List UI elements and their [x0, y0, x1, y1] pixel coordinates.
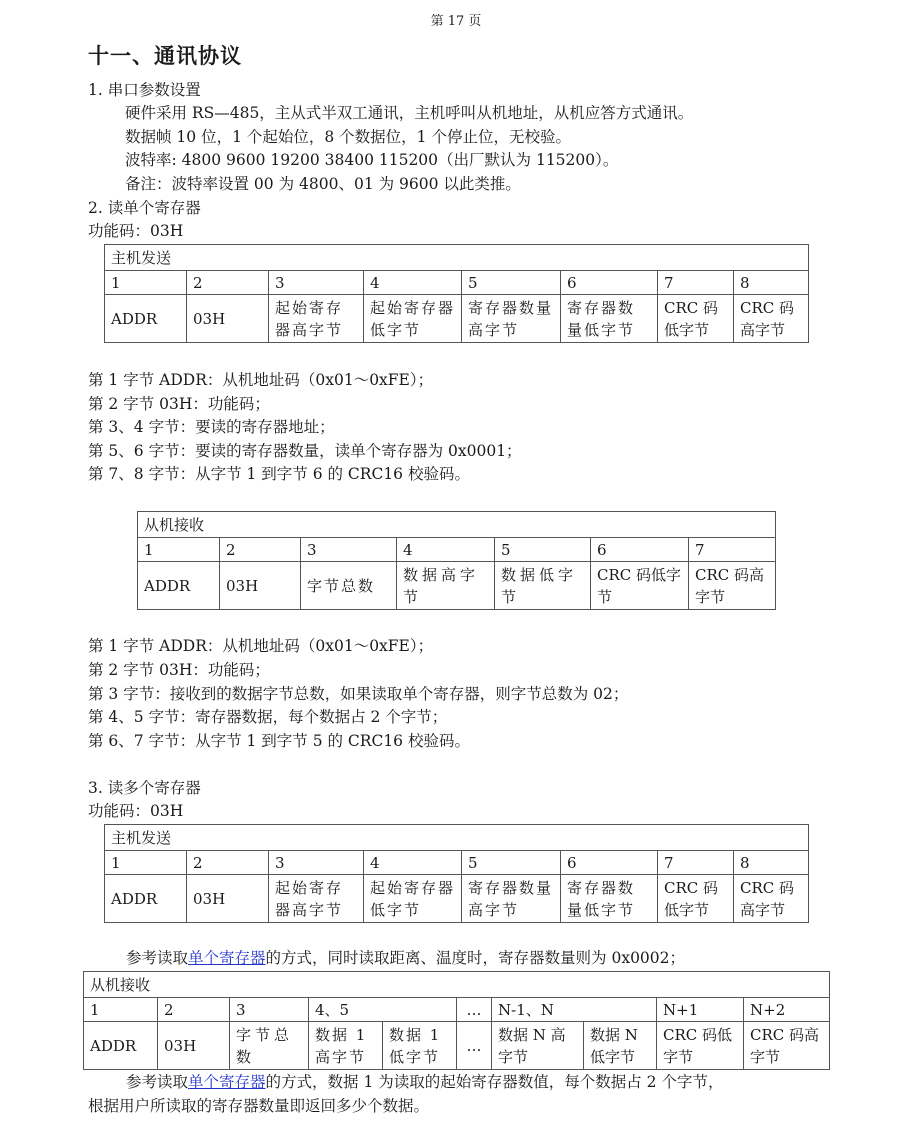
byte-number: 2 — [158, 998, 230, 1022]
master-note: 第 2 字节 03H：功能码； — [88, 393, 270, 417]
note-line: 备注：波特率设置 00 为 4800、01 为 9600 以此类推。 — [125, 173, 521, 197]
byte-desc: CRC 码高字节 — [734, 295, 809, 343]
serial-settings-heading: 1. 串口参数设置 — [88, 79, 201, 103]
byte-number: 5 — [462, 271, 561, 295]
page-number: 第 17 页 — [0, 10, 912, 29]
byte-desc: 起始寄存器低字节 — [364, 295, 462, 343]
byte-desc: ADDR — [105, 295, 187, 343]
ref-prefix: 参考读取 — [126, 1073, 188, 1091]
byte-number: 6 — [561, 851, 658, 875]
slave-note: 第 1 字节 ADDR：从机地址码（0x01～0xFE）； — [88, 635, 433, 659]
byte-number: 1 — [138, 538, 220, 562]
ref-suffix: 的方式，同时读取距离、温度时，寄存器数量则为 0x0002； — [266, 949, 685, 967]
byte-number: 1 — [105, 851, 187, 875]
byte-number: 2 — [187, 851, 269, 875]
byte-desc: CRC 码低字节 — [657, 1022, 744, 1070]
slave-note: 第 2 字节 03H：功能码； — [88, 659, 270, 683]
byte-desc: CRC 码低字节 — [658, 295, 734, 343]
byte-desc: CRC 码高字节 — [734, 875, 809, 923]
table-title: 从机接收 — [84, 972, 830, 998]
single-register-link[interactable]: 单个寄存器 — [188, 949, 266, 967]
byte-number: 4 — [364, 271, 462, 295]
byte-desc: 寄存器数量高字节 — [462, 875, 561, 923]
byte-desc: 寄存器数量低字节 — [561, 875, 658, 923]
slave-receive-table-single: 从机接收 1 2 3 4 5 6 7 ADDR 03H 字节总数 数据高字节 数… — [137, 511, 776, 610]
byte-desc: 寄存器数量高字节 — [462, 295, 561, 343]
byte-number: 4、5 — [309, 998, 457, 1022]
slave-note: 第 6、7 字节：从字节 1 到字节 5 的 CRC16 校验码。 — [88, 730, 470, 754]
byte-number: 8 — [734, 851, 809, 875]
byte-desc: 字节总数 — [230, 1022, 309, 1070]
byte-desc: ADDR — [84, 1022, 158, 1070]
master-note: 第 5、6 字节：要读的寄存器数量，读单个寄存器为 0x0001； — [88, 440, 522, 464]
byte-desc: 03H — [187, 875, 269, 923]
slave-note: 第 4、5 字节：寄存器数据，每个数据占 2 个字节； — [88, 706, 447, 730]
byte-number: 8 — [734, 271, 809, 295]
byte-number: 1 — [84, 998, 158, 1022]
byte-desc: ADDR — [138, 562, 220, 610]
byte-number: 6 — [561, 271, 658, 295]
frame-line: 数据帧 10 位，1 个起始位，8 个数据位，1 个停止位，无校验。 — [125, 126, 571, 150]
byte-desc: 起始寄存器低字节 — [364, 875, 462, 923]
byte-desc: 数据 N 高字节 — [492, 1022, 584, 1070]
byte-number: 3 — [269, 851, 364, 875]
byte-number: 4 — [364, 851, 462, 875]
byte-desc: CRC 码高字节 — [744, 1022, 830, 1070]
byte-desc: 起始寄存器高字节 — [269, 875, 364, 923]
byte-number: 3 — [230, 998, 309, 1022]
byte-number: 1 — [105, 271, 187, 295]
byte-number: 6 — [591, 538, 689, 562]
reference-line-2-cont: 根据用户所读取的寄存器数量即返回多少个数据。 — [88, 1095, 429, 1119]
byte-number: 7 — [658, 851, 734, 875]
byte-number: 7 — [689, 538, 776, 562]
byte-number: 4 — [397, 538, 495, 562]
table-title: 主机发送 — [105, 825, 809, 851]
byte-desc: 数据 1 低字节 — [383, 1022, 457, 1070]
byte-desc: 03H — [187, 295, 269, 343]
byte-number: N+2 — [744, 998, 830, 1022]
byte-desc: 数据 1 高字节 — [309, 1022, 383, 1070]
byte-desc: CRC 码高字节 — [689, 562, 776, 610]
ref-suffix: 的方式，数据 1 为读取的起始寄存器数值，每个数据占 2 个字节， — [266, 1073, 724, 1091]
ellipsis-number: … — [457, 998, 492, 1022]
byte-desc: 数据高字节 — [397, 562, 495, 610]
slave-note: 第 3 字节：接收到的数据字节总数，如果读取单个寄存器，则字节总数为 02； — [88, 683, 628, 707]
byte-desc: 寄存器数量低字节 — [561, 295, 658, 343]
master-note: 第 1 字节 ADDR：从机地址码（0x01～0xFE）； — [88, 369, 433, 393]
section-title: 十一、通讯协议 — [88, 40, 242, 70]
table-title: 从机接收 — [138, 512, 776, 538]
byte-desc: 数据 N 低字节 — [584, 1022, 657, 1070]
byte-desc: CRC 码低字节 — [591, 562, 689, 610]
byte-number: 5 — [495, 538, 591, 562]
reference-line-1: 参考读取单个寄存器的方式，同时读取距离、温度时，寄存器数量则为 0x0002； — [126, 947, 685, 971]
byte-desc: 03H — [158, 1022, 230, 1070]
byte-number: N-1、N — [492, 998, 657, 1022]
byte-desc: 字节总数 — [301, 562, 397, 610]
byte-desc: 03H — [220, 562, 301, 610]
baud-line: 波特率: 4800 9600 19200 38400 115200（出厂默认为 … — [125, 149, 618, 173]
byte-number: 3 — [301, 538, 397, 562]
hardware-line: 硬件采用 RS—485，主从式半双工通讯，主机呼叫从机地址，从机应答方式通讯。 — [125, 102, 693, 126]
master-note: 第 3、4 字节：要读的寄存器地址； — [88, 416, 335, 440]
byte-number: 7 — [658, 271, 734, 295]
byte-desc: 数据低字节 — [495, 562, 591, 610]
read-single-heading: 2. 读单个寄存器 — [88, 197, 201, 221]
master-note: 第 7、8 字节：从字节 1 到字节 6 的 CRC16 校验码。 — [88, 463, 470, 487]
reference-line-2: 参考读取单个寄存器的方式，数据 1 为读取的起始寄存器数值，每个数据占 2 个字… — [126, 1071, 723, 1095]
byte-number: N+1 — [657, 998, 744, 1022]
ellipsis-desc: … — [457, 1022, 492, 1070]
byte-desc: 起始寄存器高字节 — [269, 295, 364, 343]
read-multi-heading: 3. 读多个寄存器 — [88, 777, 201, 801]
byte-number: 3 — [269, 271, 364, 295]
ref-prefix: 参考读取 — [126, 949, 188, 967]
byte-number: 2 — [187, 271, 269, 295]
func-code-label: 功能码：03H — [88, 220, 183, 244]
func-code-label: 功能码：03H — [88, 800, 183, 824]
byte-desc: ADDR — [105, 875, 187, 923]
table-title: 主机发送 — [105, 245, 809, 271]
single-register-link[interactable]: 单个寄存器 — [188, 1073, 266, 1091]
byte-number: 5 — [462, 851, 561, 875]
slave-receive-table-multi: 从机接收 1 2 3 4、5 … N-1、N N+1 N+2 ADDR 03H … — [83, 971, 830, 1070]
master-send-table-single: 主机发送 1 2 3 4 5 6 7 8 ADDR 03H 起始寄存器高字节 起… — [104, 244, 809, 343]
master-send-table-multi: 主机发送 1 2 3 4 5 6 7 8 ADDR 03H 起始寄存器高字节 起… — [104, 824, 809, 923]
byte-number: 2 — [220, 538, 301, 562]
byte-desc: CRC 码低字节 — [658, 875, 734, 923]
